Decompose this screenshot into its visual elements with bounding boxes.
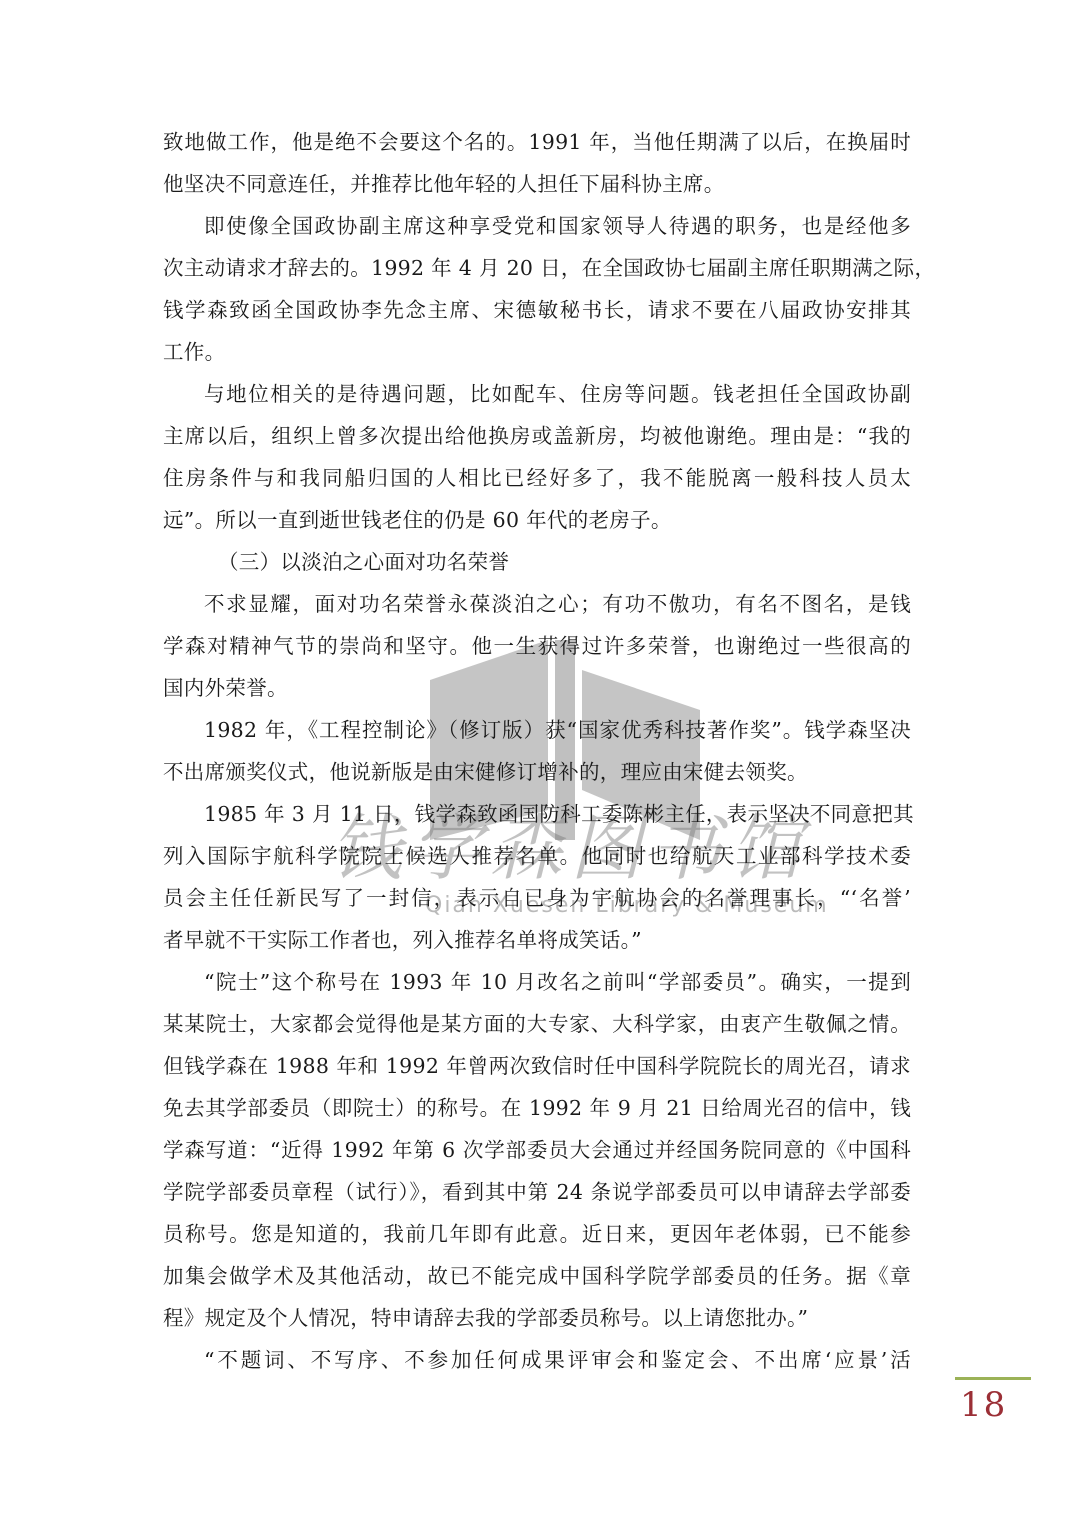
text-line: “院士”这个称号在 1993 年 10 月改名之前叫“学部委员”。确实，一提到 xyxy=(163,961,911,1003)
text-line: 学森写道：“近得 1992 年第 6 次学部委员大会通过并经国务院同意的《中国科 xyxy=(163,1129,911,1171)
text-line: 远”。所以一直到逝世钱老住的仍是 60 年代的老房子。 xyxy=(163,499,911,541)
text-line: 员会主任任新民写了一封信，表示自已身为宇航协会的名誉理事长，“‘名誉’ xyxy=(163,877,911,919)
text-line: 免去其学部委员（即院士）的称号。在 1992 年 9 月 21 日给周光召的信中… xyxy=(163,1087,911,1129)
text-line: 国内外荣誉。 xyxy=(163,667,911,709)
text-line: 主席以后，组织上曾多次提出给他换房或盖新房，均被他谢绝。理由是：“我的 xyxy=(163,415,911,457)
text-line: 不出席颁奖仪式，他说新版是由宋健修订增补的，理应由宋健去领奖。 xyxy=(163,751,911,793)
text-line: 加集会做学术及其他活动，故已不能完成中国科学院学部委员的任务。据《章 xyxy=(163,1255,911,1297)
text-line: 与地位相关的是待遇问题，比如配车、住房等问题。钱老担任全国政协副 xyxy=(163,373,911,415)
page-number: 18 xyxy=(960,1385,1007,1425)
text-line: 致地做工作，他是绝不会要这个名的。1991 年，当他任期满了以后，在换届时 xyxy=(163,121,911,163)
text-line: 者早就不干实际工作者也，列入推荐名单将成笑话。” xyxy=(163,919,911,961)
text-line: 钱学森致函全国政协李先念主席、宋德敏秘书长，请求不要在八届政协安排其 xyxy=(163,289,911,331)
text-line: 1982 年，《工程控制论》（修订版）获“国家优秀科技著作奖”。钱学森坚决 xyxy=(163,709,911,751)
text-line: 程》规定及个人情况，特申请辞去我的学部委员称号。以上请您批办。” xyxy=(163,1297,911,1339)
text-line: 某某院士，大家都会觉得他是某方面的大专家、大科学家，由衷产生敬佩之情。 xyxy=(163,1003,911,1045)
text-line: 不求显耀，面对功名荣誉永葆淡泊之心；有功不傲功，有名不图名，是钱 xyxy=(163,583,911,625)
text-line: “不题词、不写序、不参加任何成果评审会和鉴定会、不出席‘应景’活 xyxy=(163,1339,911,1381)
text-line: 员称号。您是知道的，我前几年即有此意。近日来，更因年老体弱，已不能参 xyxy=(163,1213,911,1255)
document-page: 钱学森图书馆 Qian Xuesen Library & Museum 致地做工… xyxy=(0,0,1074,1520)
text-line: 学院学部委员章程（试行）》，看到其中第 24 条说学部委员可以申请辞去学部委 xyxy=(163,1171,911,1213)
text-line: 工作。 xyxy=(163,331,911,373)
text-line: 他坚决不同意连任，并推荐比他年轻的人担任下届科协主席。 xyxy=(163,163,911,205)
text-line: 即使像全国政协副主席这种享受党和国家领导人待遇的职务，也是经他多 xyxy=(163,205,911,247)
text-line: 列入国际宇航科学院院士候选人推荐名单。他同时也给航天工业部科学技术委 xyxy=(163,835,911,877)
text-line: 1985 年 3 月 11 日，钱学森致函国防科工委陈彬主任，表示坚决不同意把其 xyxy=(163,793,911,835)
text-line: 但钱学森在 1988 年和 1992 年曾两次致信时任中国科学院院长的周光召，请… xyxy=(163,1045,911,1087)
text-line: 住房条件与和我同船归国的人相比已经好多了，我不能脱离一般科技人员太 xyxy=(163,457,911,499)
text-line: 次主动请求才辞去的。1992 年 4 月 20 日，在全国政协七届副主席任职期满… xyxy=(163,247,911,289)
text-line: 学森对精神气节的崇尚和坚守。他一生获得过许多荣誉，也谢绝过一些很高的 xyxy=(163,625,911,667)
section-heading: （三）以淡泊之心面对功名荣誉 xyxy=(163,541,509,583)
footer-rule xyxy=(955,1377,1031,1380)
